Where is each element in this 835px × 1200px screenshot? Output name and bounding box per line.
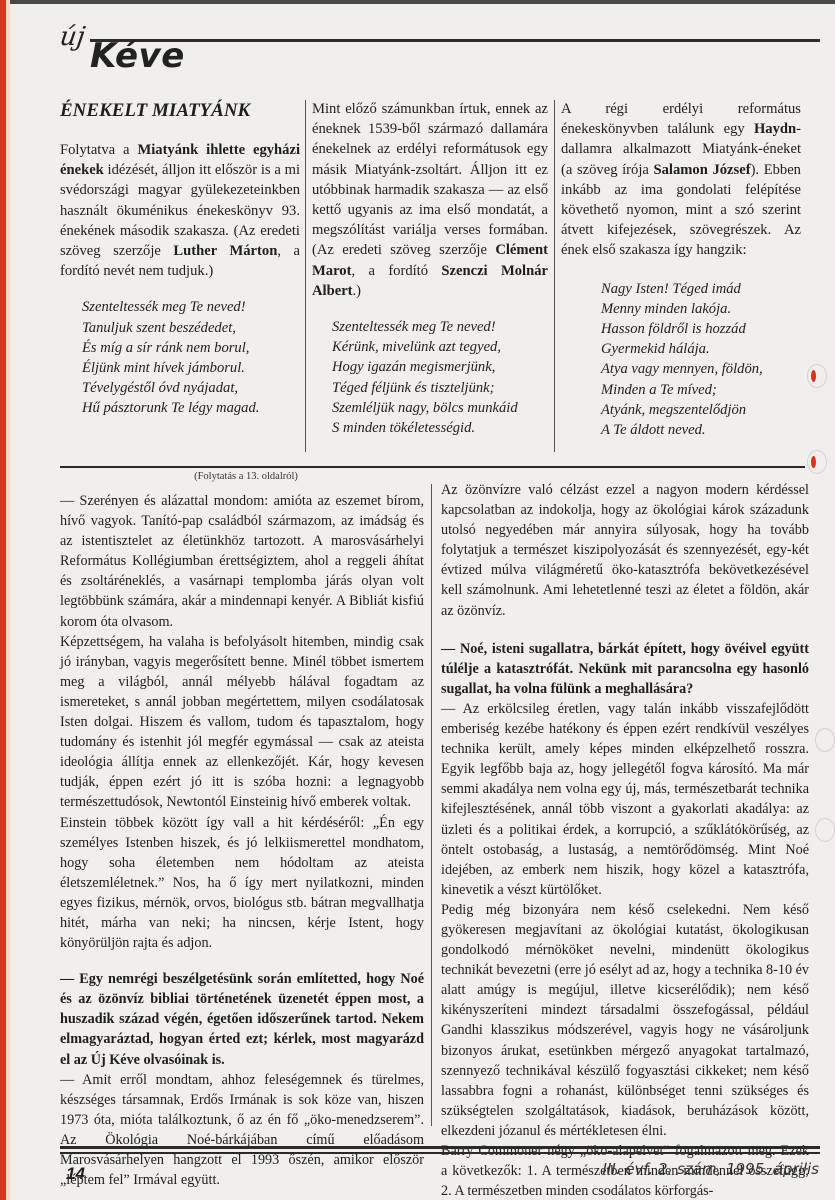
paragraph: — Szerényen és alázattal mondom: amióta … (60, 491, 424, 632)
verse-line: Atya vagy mennyen, földön, (601, 359, 801, 379)
paragraph: — Az erkölcsileg éretlen, vagy talán ink… (441, 699, 809, 900)
verse-line: Tanuljuk szent beszédedet, (82, 318, 300, 338)
binder-hole (807, 450, 827, 474)
verse-line: Hű pásztorunk Te légy magad. (82, 398, 300, 418)
bottom-column-left: — Szerényen és alázattal mondom: amióta … (60, 491, 424, 1190)
verse-line: Szenteltessék meg Te neved! (82, 297, 300, 317)
verse-line: És míg a sír ránk nem borul, (82, 338, 300, 358)
verse-line: Minden a Te míved; (601, 380, 801, 400)
interview-question: — Noé, isteni sugallatra, bárkát épített… (441, 639, 809, 699)
issue-info: III. évf. 2. szám, 1995. április (603, 1160, 819, 1178)
column-divider (305, 100, 306, 452)
article-heading: ÉNEKELT MIATYÁNK (60, 100, 300, 122)
left-edge-highlight (6, 0, 10, 1200)
text: Folytatva a (60, 142, 137, 158)
interview-question: — Egy nemrégi beszélgetésünk során említ… (60, 969, 424, 1069)
verse-2: Szenteltessék meg Te neved! Kérünk, mive… (312, 317, 548, 438)
intro-paragraph-2: Mint előző számunkban írtuk, ennek az én… (312, 99, 548, 301)
intro-paragraph-1: Folytatva a Miatyánk ihlette egyházi éne… (60, 140, 300, 281)
intro-paragraph-3: A régi erdélyi református énekeskönyvben… (561, 99, 801, 261)
column-divider (431, 484, 432, 1126)
verse-3: Nagy Isten! Téged imád Menny minden lakó… (561, 279, 801, 441)
masthead-title: Kéve (90, 36, 185, 76)
text: , a fordító (351, 263, 441, 279)
verse-line: Hogy igazán megismerjünk, (332, 357, 548, 377)
section-divider (60, 466, 805, 468)
binder-hole (807, 364, 827, 388)
verse-line: Téged féljünk és tiszteljünk; (332, 378, 548, 398)
verse-line: Nagy Isten! Téged imád (601, 279, 801, 299)
text: .) (353, 283, 362, 299)
paragraph: Pedig még bizonyára nem késő cselekedni.… (441, 900, 809, 1141)
masthead-rule (90, 39, 820, 42)
continuation-note: (Folytatás a 13. oldalról) (60, 471, 432, 482)
paragraph: Képzettségem, ha valaha is befolyásolt h… (60, 632, 424, 813)
verse-line: Szemléljük nagy, bölcs munkáid (332, 398, 548, 418)
footer-rule (60, 1146, 820, 1149)
paragraph: Einstein többek között így vall a hit ké… (60, 813, 424, 954)
footer-rule (60, 1152, 820, 1154)
author-name: Salamon József (654, 162, 751, 178)
top-column-2: Mint előző számunkban írtuk, ennek az én… (312, 99, 548, 438)
binder-hole (815, 728, 835, 752)
paragraph: — Amit erről mondtam, ahhoz feleségemnek… (60, 1070, 424, 1191)
top-column-3: A régi erdélyi református énekeskönyvben… (561, 99, 801, 440)
column-divider (554, 100, 555, 452)
verse-line: Gyermekid hálája. (601, 339, 801, 359)
author-name: Luther Márton (173, 243, 277, 259)
masthead: új Kéve (60, 22, 820, 82)
masthead-uj: új (58, 22, 87, 52)
verse-line: Tévelygéstől óvd nyájadat, (82, 378, 300, 398)
top-column-1: ÉNEKELT MIATYÁNK Folytatva a Miatyánk ih… (60, 100, 300, 419)
binder-hole (815, 818, 835, 842)
verse-line: Kérünk, mivelünk azt tegyed, (332, 337, 548, 357)
paragraph: Az özönvízre való célzást ezzel a nagyon… (441, 480, 809, 621)
text: Mint előző számunkban írtuk, ennek az én… (312, 101, 548, 258)
verse-line: A Te áldott neved. (601, 420, 801, 440)
page-number: 14 (66, 1164, 85, 1184)
bottom-column-right: Az özönvízre való célzást ezzel a nagyon… (441, 480, 809, 1200)
composer-name: Haydn (754, 121, 796, 137)
verse-line: Éljünk mint hívek jámborul. (82, 358, 300, 378)
verse-line: Menny minden lakója. (601, 299, 801, 319)
verse-line: Hasson földről is hozzád (601, 319, 801, 339)
verse-1: Szenteltessék meg Te neved! Tanuljuk sze… (60, 297, 300, 418)
verse-line: S minden tökéletességid. (332, 418, 548, 438)
top-edge (0, 0, 835, 4)
verse-line: Szenteltessék meg Te neved! (332, 317, 548, 337)
verse-line: Atyánk, megszentelődjön (601, 400, 801, 420)
